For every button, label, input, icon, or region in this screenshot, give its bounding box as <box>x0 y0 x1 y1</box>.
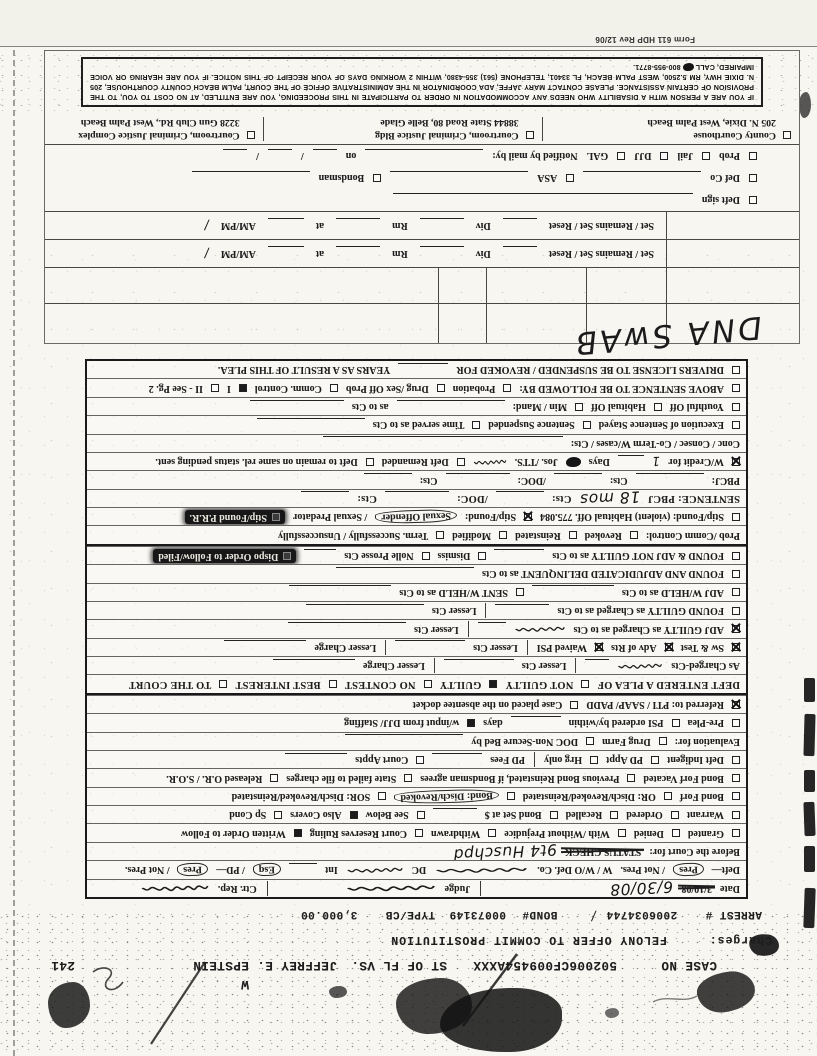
grid-cell <box>666 268 799 303</box>
checkbox-checked-icon <box>294 829 302 837</box>
form-label: Warrant <box>687 809 724 820</box>
signature-scribble <box>346 863 404 877</box>
form-label: Lesser Charge <box>315 642 377 653</box>
checkbox-empty-icon <box>732 421 740 429</box>
form-row-bond-status: Bond ForfOR: Disch/Revoked/ReinstatedBon… <box>87 787 746 805</box>
printed-date-struck: 3/10/08 <box>681 883 712 894</box>
checkbox-empty-icon <box>671 811 679 819</box>
form-label: Written Order to Follow <box>181 828 286 839</box>
form-label: at <box>316 248 324 259</box>
blank-field <box>636 473 704 483</box>
blank-field <box>618 455 644 465</box>
form-label: Dispo Order to Follow/Filed <box>158 551 278 562</box>
handwriting: / <box>204 246 209 261</box>
schedule-set-row: Set / Remains Set / ResetDivRmatAM/PM/ <box>45 239 799 267</box>
form-label: Lesser Cts <box>414 624 459 635</box>
blank-field <box>420 247 464 257</box>
column-divider <box>486 603 487 618</box>
form-label: Notified by mail by: <box>492 151 577 162</box>
form-label: on <box>346 151 357 162</box>
form-label: Pres <box>177 863 208 877</box>
form-label: /DOC: <box>518 475 546 486</box>
blank-field <box>336 247 380 257</box>
blank-field <box>288 622 406 632</box>
scan-noise-layer <box>0 906 817 1056</box>
blank-field <box>446 473 510 483</box>
form-label: AM/PM <box>221 220 256 231</box>
checkbox-empty-icon <box>586 737 594 745</box>
blank-field <box>397 400 505 410</box>
courthouse-option: Courtroom, Criminal Justice Complex 3228… <box>45 117 264 141</box>
court-reporter-cell: Ctr. Rep. <box>93 881 268 896</box>
checkbox-empty-icon <box>424 680 432 688</box>
form-label: Bond: Disch/Revoked <box>394 789 499 805</box>
date-cell: Date 3/10/08 6/30/08 <box>481 881 740 896</box>
form-label: DJJ <box>634 151 651 162</box>
court-disposition-form: W CASE NO 502006CF009454AXXX ST OF FL VS… <box>0 0 817 1056</box>
form-label: PBCJ: <box>712 475 740 486</box>
charges-line: Charges: FELONY OFFER TO COMMIT PROSTITU… <box>390 933 772 946</box>
form-label: / PD— <box>216 864 245 875</box>
form-label: Modified <box>452 530 491 541</box>
defendant-name: JEFFREY E. EPSTEIN <box>193 958 337 972</box>
form-row-sentence: SENTENCE: PBCJ18 mosCts:/DOC:Cts: <box>87 489 746 507</box>
column-divider <box>468 621 469 636</box>
checkbox-empty-icon <box>732 403 740 411</box>
court-reporter-signature <box>140 880 210 896</box>
form-row-indigent: Deft IndigentPD ApptHrg onlyPD FeesCourt… <box>87 750 746 768</box>
grid-cell <box>666 212 799 239</box>
form-label: ASA <box>537 173 557 184</box>
checkbox-empty-icon <box>270 774 278 782</box>
column-divider <box>527 640 528 655</box>
courthouse-name: Courtroom, Criminal Justice Bldg <box>375 130 519 141</box>
form-label: Deft Remanded <box>382 456 449 467</box>
courthouse-options-row: County Courthouse 205 N. Dixie, West Pal… <box>45 112 799 145</box>
binding-mark <box>803 888 815 928</box>
form-row-deft-sign: Deft sign <box>45 189 799 211</box>
scan-blob <box>799 92 811 118</box>
checkbox-empty-icon <box>415 829 423 837</box>
form-label: DEFT ENTERED A PLEA OF <box>597 679 740 690</box>
blank-field <box>420 219 464 229</box>
form-label: PD Appt <box>606 754 643 765</box>
blank-field <box>273 659 355 669</box>
form-label: Withdrawn <box>431 828 480 839</box>
courthouse-address: 3228 Gun Club Rd., West Palm Beach <box>53 117 255 128</box>
grid-cell <box>486 304 586 343</box>
form-label: Court Appts <box>355 754 408 765</box>
form-label: Stip/Found P.R.R. <box>190 512 267 523</box>
form-label: Cts: <box>357 493 377 504</box>
form-label: PD Fees <box>490 754 525 765</box>
form-row-credit: W/Credit for1DaysJos. /TTS.Deft Remanded… <box>87 452 746 470</box>
form-label: I <box>227 383 231 394</box>
form-label: Days <box>589 456 610 467</box>
ada-notice-phone: 800-955-8771. <box>633 63 680 71</box>
form-label: Denied <box>634 828 664 839</box>
blank-field <box>554 473 602 483</box>
form-label: Cts: <box>420 475 438 486</box>
form-label: Probation <box>453 383 496 394</box>
form-label: Div <box>476 220 491 231</box>
form-label: Dismiss <box>438 550 471 561</box>
form-label: Cts: <box>552 493 572 504</box>
form-row-not-guilty-dismiss: FOUND & ADJ NOT GUILTY as to CtsDismissN… <box>87 546 746 564</box>
checkbox-empty-icon <box>575 403 583 411</box>
form-label: Bondsman <box>319 173 365 184</box>
form-label: As Charged-Cts <box>671 660 740 671</box>
form-label: Bond Forf Vacated <box>643 773 724 784</box>
form-label: Granted <box>688 828 724 839</box>
checkbox-empty-icon <box>422 552 430 560</box>
form-label: ADJ GUILTY as Charged as to Cts <box>574 624 724 635</box>
blank-field <box>223 149 247 159</box>
form-label: Deft— <box>712 864 740 875</box>
form-label: Ordered <box>626 809 662 820</box>
checkbox-empty-icon <box>499 531 507 539</box>
form-label: Lesser Cts <box>522 660 567 671</box>
form-row-ruling: GrantedDeniedWith /Without PrejudiceWith… <box>87 824 746 842</box>
blank-field <box>336 567 474 577</box>
blank-field <box>433 808 477 818</box>
blank-field <box>494 549 544 559</box>
courthouse-address: 38844 State Road 80, Belle Glade <box>272 117 534 128</box>
checkbox-empty-icon <box>732 607 740 615</box>
form-label: Reinstated <box>515 530 561 541</box>
form-label: Lesser Cts <box>473 642 518 653</box>
form-label: Sentence Suspended <box>488 419 574 430</box>
form-label: Pre-Plea <box>688 717 724 728</box>
checkbox-empty-icon <box>566 174 574 182</box>
blank-field <box>365 149 483 159</box>
checkbox-empty-icon <box>654 403 662 411</box>
judge-signature <box>345 880 437 896</box>
schedule-set-row: Set / Remains Set / ResetDivRmatAM/PM/ <box>45 211 799 239</box>
courthouse-option: Courtroom, Criminal Justice Bldg 38844 S… <box>264 117 543 141</box>
grid-cell <box>45 304 438 343</box>
form-label: Released O.R. / S.O.R. <box>166 773 262 784</box>
blank-field <box>336 219 380 229</box>
form-label: Def Co <box>710 173 740 184</box>
form-row-warrant-bond: WarrantOrderedRecalledBond Set at $See B… <box>87 805 746 823</box>
form-label: DC <box>412 864 426 875</box>
form-row-notified-by-mail: ProbJailDJJGALNotified by mail by:on// <box>45 145 799 167</box>
form-label: Jos. /TTS. <box>515 456 558 467</box>
checkbox-empty-icon <box>437 384 445 392</box>
checkbox-checked-icon <box>732 643 740 651</box>
handwritten-date: 6/30/08 <box>610 879 674 897</box>
checkbox-checked-icon <box>732 701 740 709</box>
form-label: Cts: <box>610 475 628 486</box>
form-label: Pres <box>673 863 704 877</box>
checkbox-empty-icon <box>570 701 578 709</box>
form-label: W / W/O Def. Co. <box>537 864 612 875</box>
checkbox-empty-icon <box>478 552 486 560</box>
blank-field <box>192 171 310 181</box>
bond-type-label: TYPE/CB <box>385 908 435 920</box>
checkbox-empty-icon <box>749 174 757 182</box>
form-label: Set / Remains Set / Reset <box>549 248 654 259</box>
form-label: as to Cts <box>352 401 389 412</box>
form-label: Also Covers <box>290 809 341 820</box>
checkbox-empty-icon <box>373 174 381 182</box>
checkbox-checked-icon <box>272 513 280 521</box>
form-label: BEST INTEREST <box>235 679 320 690</box>
form-label: SOR: Disch/Revoked/Reinstated <box>232 791 371 802</box>
checkbox-checked-icon <box>732 458 740 466</box>
blank-field <box>432 753 482 763</box>
form-label: Bond Set at $ <box>485 809 542 820</box>
checkbox-empty-icon <box>749 196 757 204</box>
form-label: Rm <box>392 248 408 259</box>
form-row-before-court: Before the Court for:STATUS CHECK9t4 Hus… <box>87 842 746 860</box>
blank-field <box>585 659 609 669</box>
form-label: Case placed on the absentee docket <box>413 699 563 710</box>
checkbox-empty-icon <box>732 384 740 392</box>
form-label: Sexual Offender <box>375 509 457 524</box>
form-label: ADJ W/HELD as to Cts <box>622 587 724 598</box>
checkbox-empty-icon <box>503 384 511 392</box>
checkbox-empty-icon <box>457 458 465 466</box>
scan-blob <box>605 1008 619 1018</box>
form-label: / Sexual Predator <box>293 511 367 522</box>
ink-blob <box>566 457 581 467</box>
checkbox-empty-icon <box>651 756 659 764</box>
binding-mark <box>803 714 815 756</box>
checkbox-empty-icon <box>274 811 282 819</box>
checkbox-empty-icon <box>366 458 374 466</box>
checkbox-empty-icon <box>211 384 219 392</box>
ada-notice: IF YOU ARE A PERSON WITH A DISABILITY WH… <box>81 57 763 107</box>
bond-amount: 3,000.00 <box>301 908 358 920</box>
form-label: AM/PM <box>221 248 256 259</box>
grid-cell <box>438 304 486 343</box>
form-row-stip-found: Stip/Found: (violent) Habitual Off. 775.… <box>87 507 746 525</box>
grid-cell <box>486 268 586 303</box>
blank-field <box>323 436 563 446</box>
form-label: Evaluation for: <box>675 736 740 747</box>
checkbox-empty-icon <box>732 719 740 727</box>
date-label: Date <box>720 883 740 894</box>
form-label: / Not Pres. <box>620 864 665 875</box>
form-label: Waived PSI <box>537 642 587 653</box>
form-label: Lesser Charge <box>363 660 425 671</box>
blank-field <box>304 549 336 559</box>
form-label: With /Without Prejudice <box>504 828 610 839</box>
form-label: Deft to remain on same rel. status pendi… <box>155 456 357 467</box>
form-label: Stip/Found: <box>465 511 516 522</box>
blank-field <box>301 491 349 501</box>
form-row-found-guilty: FOUND GUILTY as Charged as to CtsLesser … <box>87 601 746 619</box>
handwriting: 9t4 Huschpd <box>453 842 558 860</box>
signature-scribble <box>514 622 566 636</box>
form-label: / Not Pres. <box>125 864 170 875</box>
form-row-stayed: Execution of Sentence StayedSentence Sus… <box>87 415 746 433</box>
schedule-empty-row <box>45 267 799 303</box>
form-label: Comm. Control <box>255 383 322 394</box>
checkbox-checked-icon <box>239 384 247 392</box>
checkbox-empty-icon <box>732 570 740 578</box>
signature-scribble <box>617 659 663 673</box>
checkbox-checked-icon <box>595 643 603 651</box>
arrest-label: ARREST # <box>705 908 762 920</box>
blank-field <box>532 585 614 595</box>
form-label: Set / Remains Set / Reset <box>549 220 654 231</box>
form-label: Hrg only <box>544 754 582 765</box>
blank-field <box>478 622 506 632</box>
handwriting: / <box>591 909 596 924</box>
charge-description: FELONY OFFER TO COMMIT PROSTITUTION <box>390 933 667 946</box>
case-number: 502006CF009454AXXX <box>473 958 617 972</box>
form-row-referred: Referred to: PTI / SAAP/ PADDCase placed… <box>87 695 746 713</box>
checkbox-empty-icon <box>526 132 534 140</box>
checkbox-empty-icon <box>507 792 515 800</box>
form-label: / <box>301 151 304 162</box>
checkbox-empty-icon <box>378 792 386 800</box>
checkbox-empty-icon <box>732 588 740 596</box>
scan-blob <box>329 986 347 998</box>
form-label: Habitual Off <box>591 401 646 412</box>
bond-label: BOND# <box>522 908 558 920</box>
main-form-table: Date 3/10/08 6/30/08 Judge Ctr. Rep. Def… <box>85 359 748 899</box>
form-label: Esq <box>253 863 281 877</box>
courthouse-name: Courtroom, Criminal Justice Complex <box>78 130 239 141</box>
form-label: Deft sign <box>702 195 740 206</box>
blank-field <box>503 247 537 257</box>
checkbox-empty-icon <box>618 829 626 837</box>
blank-field <box>345 734 463 744</box>
form-label: OR: Disch/Revoked/Reinstated <box>523 791 656 802</box>
form-label: See Below <box>366 809 409 820</box>
charges-label: Charges: <box>709 933 772 946</box>
form-label: Before the Court for: <box>649 846 740 857</box>
blank-field <box>364 473 412 483</box>
form-label: Min / Mand: <box>513 401 567 412</box>
form-row-as-charged: As Charged-CtsLesser CtsLesser Charge <box>87 656 746 674</box>
form-label: State failed to file charges <box>286 773 396 784</box>
checkbox-empty-icon <box>664 792 672 800</box>
checkbox-empty-icon <box>583 421 591 429</box>
checkbox-empty-icon <box>732 756 740 764</box>
form-row-delinquent: FOUND AND ADJUDICATED DELINQUENT as to C… <box>87 564 746 582</box>
column-divider <box>385 640 386 655</box>
column-divider <box>434 658 435 673</box>
blank-field <box>393 193 693 203</box>
checkbox-empty-icon <box>627 774 635 782</box>
form-label: Prob /Comm Control: <box>646 530 740 541</box>
form-row-pbcj: PBCJ:Cts:/DOC:Cts: <box>87 470 746 488</box>
checkbox-checked-icon <box>732 625 740 633</box>
form-label: Deft Indigent <box>667 754 724 765</box>
form-row-prob-control: Prob /Comm Control:RevokedReinstatedModi… <box>87 526 746 546</box>
courthouse-name: County Courthouse <box>694 130 776 141</box>
blank-field <box>390 171 528 181</box>
checkbox-empty-icon <box>247 132 255 140</box>
case-header-line: CASE NO 502006CF009454AXXX ST OF FL VS. … <box>47 958 717 972</box>
checkbox-empty-icon <box>732 811 740 819</box>
form-label: FOUND & ADJ NOT GUILTY as to Cts <box>552 550 724 561</box>
form-label: ABOVE SENTENCE TO BE FOLLOWED BY: <box>519 383 724 394</box>
form-row-defco-asa-bondsman: Def CoASABondsman <box>45 167 799 189</box>
blank-field <box>313 149 337 159</box>
form-label: NOT GUILTY <box>505 679 573 690</box>
form-label: /DOC: <box>457 493 488 504</box>
division-letter: W <box>241 977 249 992</box>
blank-field <box>289 585 391 595</box>
blank-field <box>268 247 304 257</box>
binding-mark <box>804 770 815 792</box>
form-label: Prob <box>719 151 740 162</box>
form-row-drivers-license: DRIVERS LICENSE TO BE SUSPENDED / REVOKE… <box>87 361 746 378</box>
case-no-label: CASE NO <box>661 958 717 972</box>
form-label: DRIVERS LICENSE TO BE SUSPENDED / REVOKE… <box>456 364 724 375</box>
form-label: YEARS AS A RESULT OF THIS PLEA. <box>218 364 391 375</box>
set-reset-fields: Set / Remains Set / ResetDivRmatAM/PM/ <box>45 212 666 239</box>
checkbox-empty-icon <box>732 829 740 837</box>
checkbox-empty-icon <box>672 719 680 727</box>
judge-cell: Judge <box>268 881 482 896</box>
blank-field <box>285 753 347 763</box>
checkbox-empty-icon <box>472 421 480 429</box>
blank-field <box>268 219 304 229</box>
state-vs-label: ST OF FL VS. <box>351 958 447 972</box>
form-label: DOC Non-Secure Bed by <box>471 736 578 747</box>
form-label: NO CONTEST <box>345 679 416 690</box>
form-label: Execution of Sentence Stayed <box>599 419 724 430</box>
blank-field <box>250 400 344 410</box>
scan-blob <box>695 969 757 1015</box>
form-row-concurrent: Conc / Consec / Co-Term W/cases / Cts: <box>87 434 746 452</box>
checkbox-checked-icon <box>489 680 497 688</box>
form-label: Recalled <box>566 809 603 820</box>
arrest-number: 2006034744 <box>606 908 677 920</box>
handwriting: 18 mos <box>579 489 640 507</box>
blank-field <box>268 149 292 159</box>
form-label: FOUND AND ADJUDICATED DELINQUENT as to C… <box>482 568 724 579</box>
blank-field <box>583 171 701 181</box>
form-label: Div <box>476 248 491 259</box>
form-label: GUILTY <box>440 679 482 690</box>
signature-scribble <box>434 863 529 877</box>
page-edge-dashed-line <box>13 0 15 1056</box>
checkbox-empty-icon <box>630 531 638 539</box>
binding-mark <box>804 678 815 702</box>
form-label: Sw & Test <box>681 642 724 653</box>
checkbox-empty-icon <box>732 792 740 800</box>
highlighted-entry: Dispo Order to Follow/Filed <box>153 549 296 563</box>
grid-cell <box>438 268 486 303</box>
scan-blob <box>48 982 90 1028</box>
form-label: Rm <box>392 220 408 231</box>
handwriting: 1 <box>652 454 661 469</box>
checkbox-empty-icon <box>436 531 444 539</box>
form-label: GAL <box>587 151 609 162</box>
binding-mark <box>803 802 815 836</box>
grid-cell <box>45 268 438 303</box>
checkbox-checked-icon <box>350 811 358 819</box>
form-label: Term. Successfully / Unsuccessfully <box>278 530 428 541</box>
form-row-bond-vacated: Bond Forf VacatedPrevious Bond Reinstate… <box>87 768 746 786</box>
form-label: SENTENCE: PBCJ <box>648 493 740 504</box>
form-label: / <box>256 151 259 162</box>
column-divider <box>534 752 535 767</box>
checkbox-empty-icon <box>404 774 412 782</box>
form-label: Revoked <box>585 530 622 541</box>
form-label: Jail <box>678 151 694 162</box>
blank-field <box>225 640 307 650</box>
checkbox-empty-icon <box>610 811 618 819</box>
